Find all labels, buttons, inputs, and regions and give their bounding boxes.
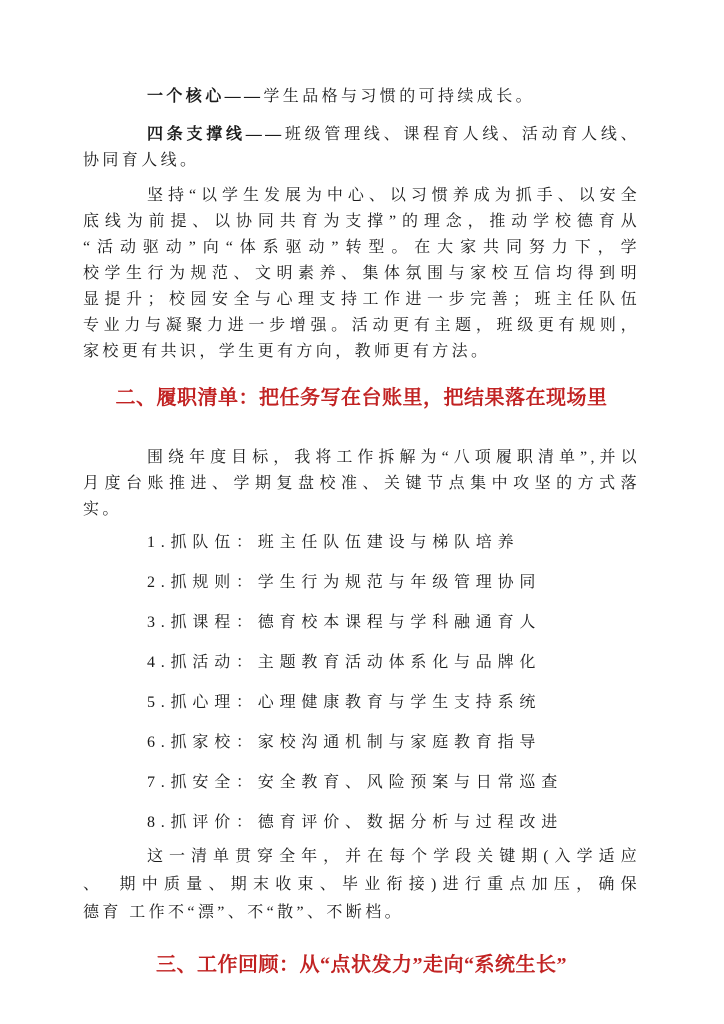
key-point-core-text: 学生品格与习惯的可持续成长。 <box>263 88 535 105</box>
text-line: 、 期中质量、期末收束、毕业衔接)进行重点加压，确保 <box>83 871 640 899</box>
text-line: 专业力与凝聚力进一步增强。活动更有主题，班级更有规则， <box>83 313 640 339</box>
text-line: 四条支撑线——班级管理线、课程育人线、活动育人线、 <box>83 122 640 148</box>
document-page: 一个核心——学生品格与习惯的可持续成长。 四条支撑线——班级管理线、课程育人线、… <box>0 0 724 1024</box>
text-line: 围绕年度目标，我将工作拆解为“八项履职清单”,并以 <box>83 445 640 471</box>
paragraph-overview: 坚持“以学生发展为中心、以习惯养成为抓手、以安全底线为前提、以协同共育为支撑”的… <box>83 183 640 365</box>
text-line: 底线为前提、以协同共育为支撑”的理念，推动学校德育从 <box>83 209 640 235</box>
section-heading-duty-list: 二、履职清单：把任务写在台账里，把结果落在现场里 <box>83 383 640 413</box>
text-line: 月度台账推进、学期复盘校准、关键节点集中攻坚的方式落 <box>83 471 640 497</box>
text-line: 家校更有共识，学生更有方向，教师更有方法。 <box>83 339 640 365</box>
text-line: 德育 工作不“漂”、不“散”、不断档。 <box>83 899 640 927</box>
checklist-item: 1.抓队伍：班主任队伍建设与梯队培养 <box>83 523 640 563</box>
key-point-support-lines: 四条支撑线——班级管理线、课程育人线、活动育人线、 协同育人线。 <box>83 122 640 174</box>
text-line: 实。 <box>83 497 640 523</box>
checklist-item: 4.抓活动：主题教育活动体系化与品牌化 <box>83 643 640 683</box>
support-lines-label: 四条支撑线—— <box>147 126 285 143</box>
text-line: 协同育人线。 <box>83 148 640 174</box>
text-line: 显提升；校园安全与心理支持工作进一步完善；班主任队伍 <box>83 287 640 313</box>
checklist-item: 2.抓规则：学生行为规范与年级管理协同 <box>83 563 640 603</box>
text-line: 坚持“以学生发展为中心、以习惯养成为抓手、以安全 <box>83 183 640 209</box>
paragraph-checklist-intro: 围绕年度目标，我将工作拆解为“八项履职清单”,并以月度台账推进、学期复盘校准、关… <box>83 445 640 523</box>
checklist-item: 3.抓课程：德育校本课程与学科融通育人 <box>83 603 640 643</box>
section-heading-work-review: 三、工作回顾：从“点状发力”走向“系统生长” <box>83 950 640 980</box>
text-line: 这一清单贯穿全年，并在每个学段关键期(入学适应 <box>83 843 640 871</box>
text-line: 一个核心——学生品格与习惯的可持续成长。 <box>83 84 640 110</box>
paragraph-yearly-note: 这一清单贯穿全年，并在每个学段关键期(入学适应、 期中质量、期末收束、毕业衔接)… <box>83 843 640 927</box>
checklist-item: 6.抓家校：家校沟通机制与家庭教育指导 <box>83 723 640 763</box>
checklist-item: 8.抓评价：德育评价、数据分析与过程改进 <box>83 803 640 843</box>
checklist-item: 7.抓安全：安全教育、风险预案与日常巡查 <box>83 763 640 803</box>
text-line: 校学生行为规范、文明素养、集体氛围与家校互信均得到明 <box>83 261 640 287</box>
key-point-core-label: 一个核心—— <box>147 88 263 105</box>
support-lines-text: 班级管理线、课程育人线、活动育人线、 <box>285 126 640 143</box>
key-point-core: 一个核心——学生品格与习惯的可持续成长。 <box>83 84 640 110</box>
checklist-item: 5.抓心理：心理健康教育与学生支持系统 <box>83 683 640 723</box>
duty-checklist: 1.抓队伍：班主任队伍建设与梯队培养2.抓规则：学生行为规范与年级管理协同3.抓… <box>83 523 640 843</box>
text-line: “活动驱动”向“体系驱动”转型。在大家共同努力下，学 <box>83 235 640 261</box>
